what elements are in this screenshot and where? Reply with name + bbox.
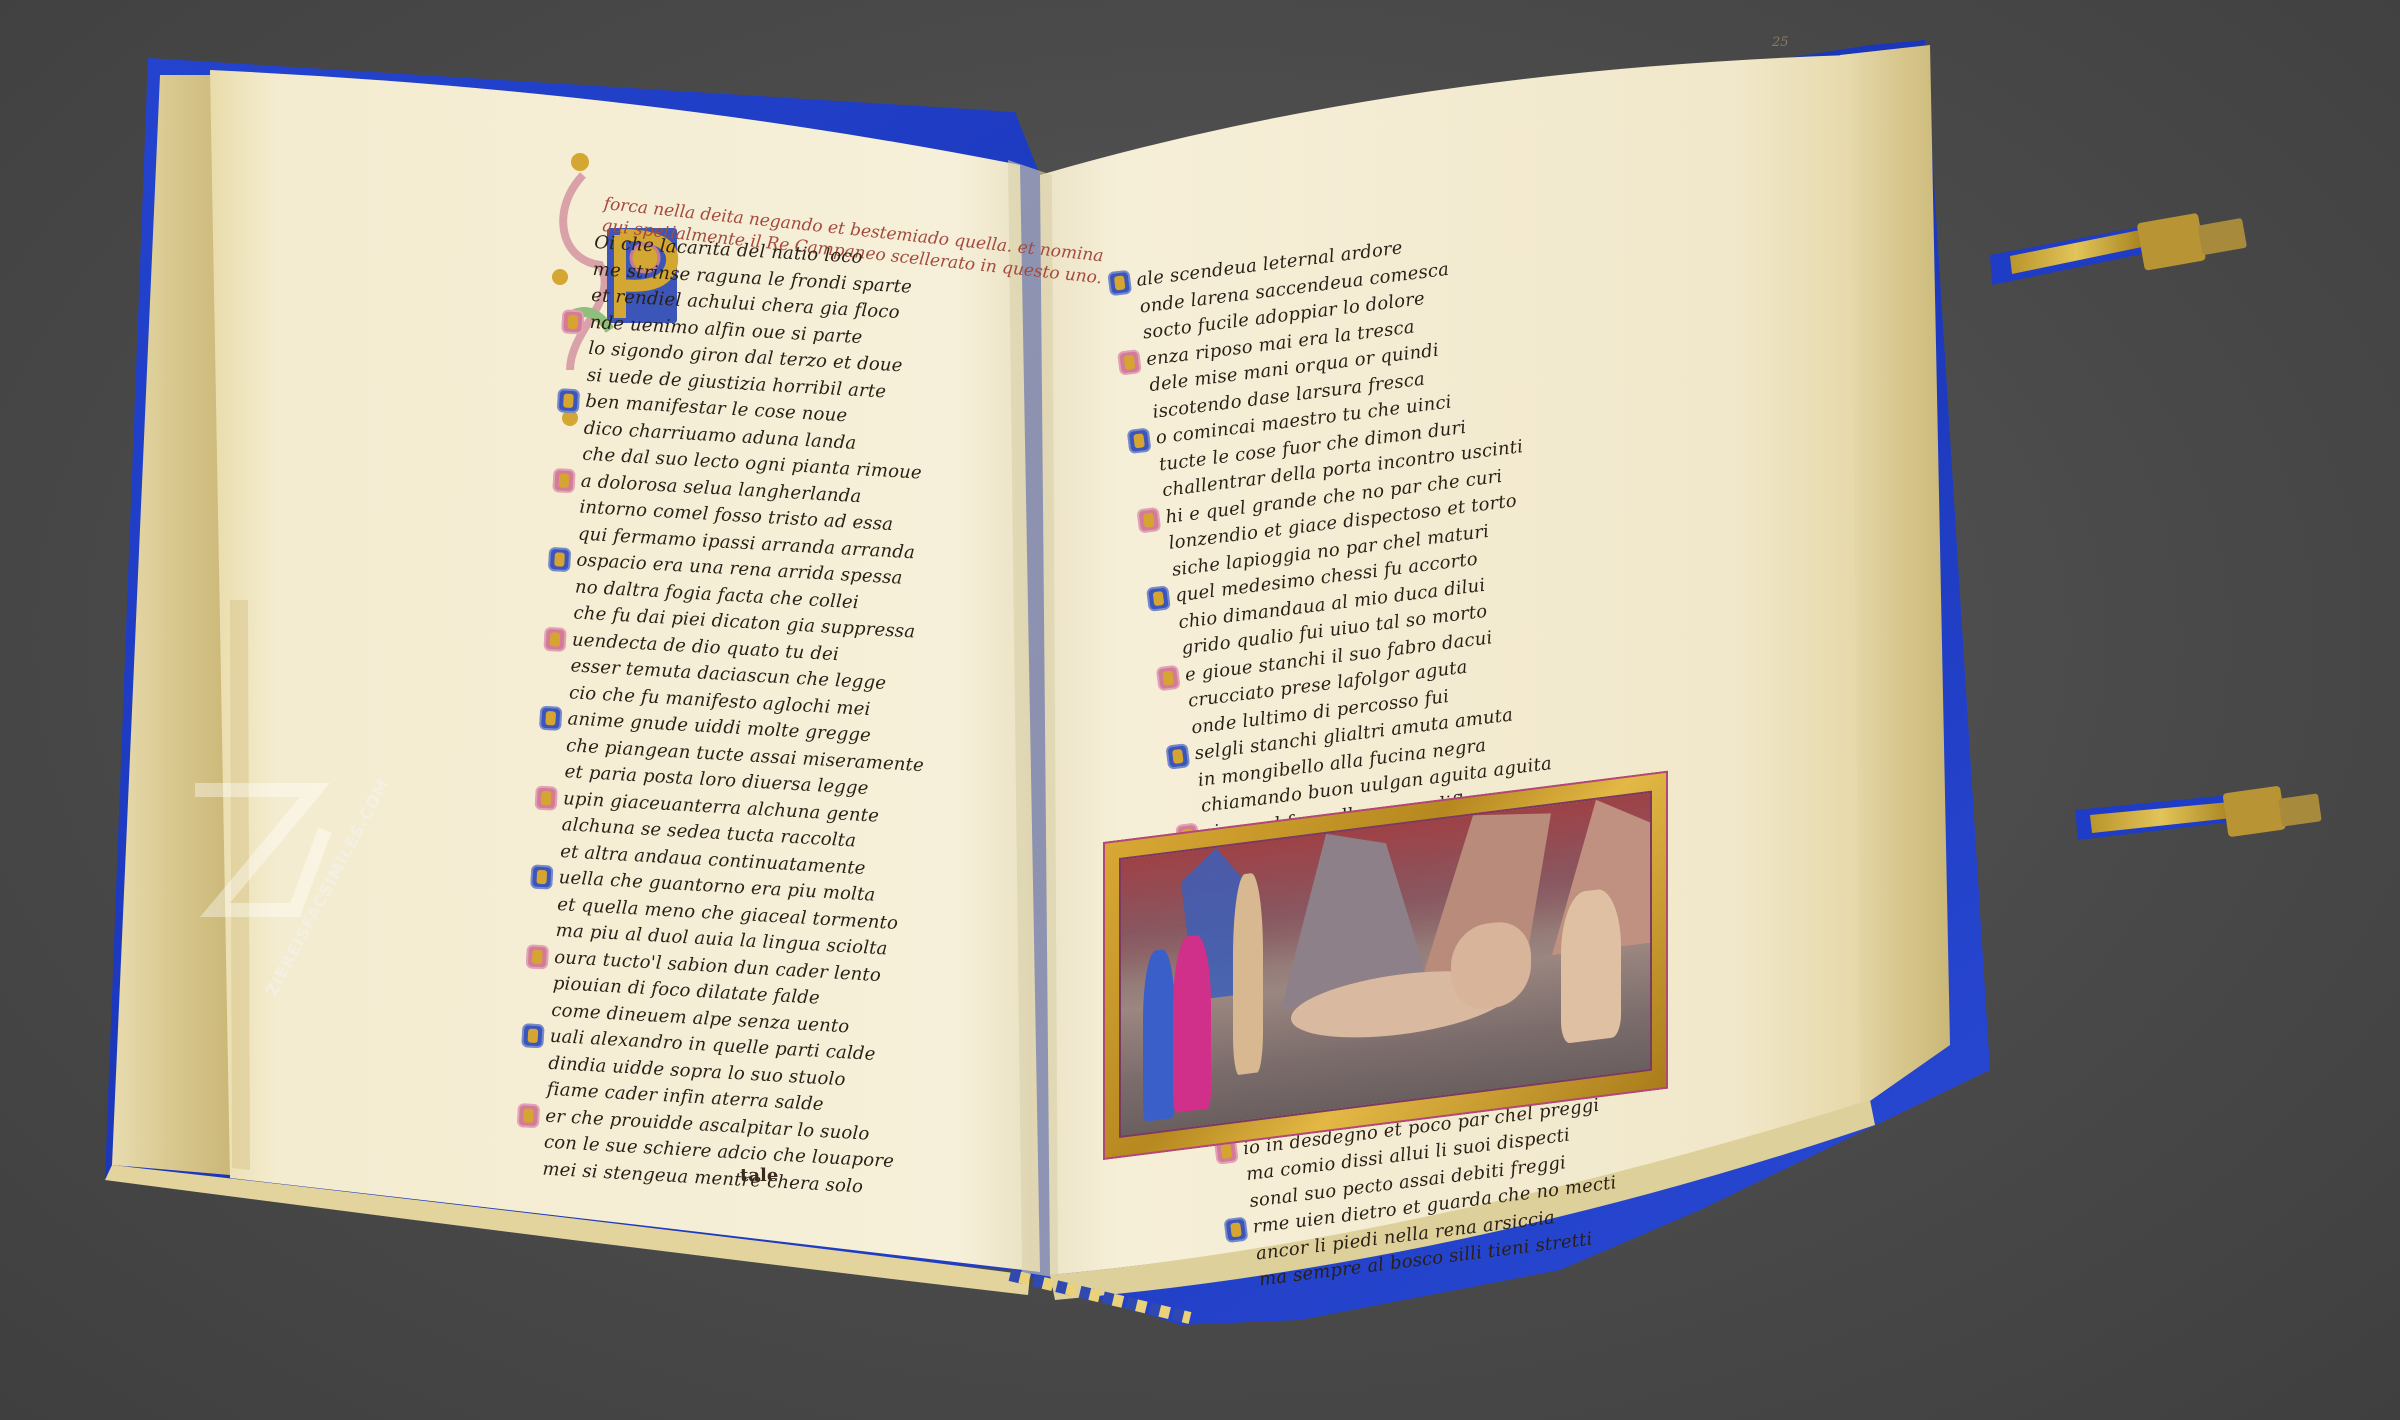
miniature-scene [1121,793,1650,1136]
decorated-initial-icon [517,1103,540,1128]
decorated-initial-icon [1165,743,1190,770]
decorated-initial-icon [1127,428,1152,455]
figure-virgil [1173,933,1211,1113]
decorated-initial-icon [561,309,584,334]
decorated-initial-icon [526,944,549,969]
decorated-initial-icon [1136,506,1161,533]
decorated-initial-icon [1117,349,1142,376]
decorated-initial-icon [543,626,566,651]
clasp-upper [1990,213,2247,285]
figure-dante [1143,948,1175,1122]
photo-scene: 25 forca nella deita negando et bestemia… [0,0,2400,1420]
decorated-initial-icon [557,388,580,413]
decorated-initial-icon [1107,270,1132,297]
figure-capaneus [1233,872,1263,1076]
left-page-text: Oi che lacarita del natio locome strinse… [542,230,953,1203]
standing-sinners [1561,887,1621,1045]
decorated-initial-icon [530,864,553,889]
decorated-initial-icon [548,547,571,572]
decorated-initial-icon [521,1023,544,1048]
decorated-initial-icon [539,706,562,731]
decorated-initial-icon [535,785,558,810]
clasp-lower [2075,786,2322,840]
decorated-initial-icon [552,468,575,493]
decorated-initial-icon [1156,664,1181,691]
folio-number: 25 [1772,35,1789,50]
decorated-initial-icon [1224,1217,1249,1244]
decorated-initial-icon [1146,585,1171,612]
catchword: tale [740,1165,778,1186]
